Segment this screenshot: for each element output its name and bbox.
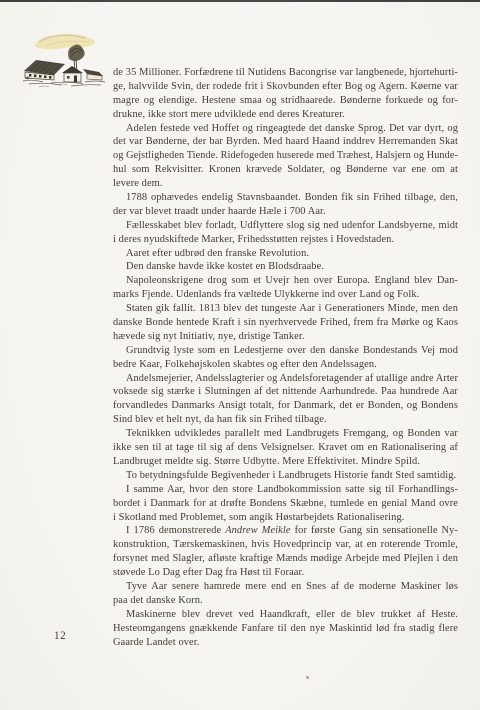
farm-sketch-drawing	[21, 29, 111, 91]
text-line: Aaret efter udbrød den franske Revolutio…	[113, 247, 458, 261]
text-line: Den danske havde ikke kostet en Blodsdra…	[113, 260, 458, 274]
text-line: levere dem.	[113, 177, 458, 191]
text-line: Teknikken udvikledes parallelt med Landb…	[113, 427, 458, 441]
text-line: Napoleonskrigene drog som et Uvejr hen o…	[113, 274, 458, 288]
book-page: de 35 Millioner. Forfædrene til Nutidens…	[0, 0, 480, 710]
text-line: Gaarde Landet over.	[113, 636, 458, 650]
text-line: voksede sig stærke i Slutningen af det n…	[113, 385, 458, 399]
text-line: Fællesskabet blev forladt, Udflyttere sl…	[113, 219, 458, 233]
text-line: bedre Kaar, Folkehøjskolen skabtes og ef…	[113, 358, 458, 372]
text-line: ikke sen til at tage til sig af dens Vel…	[113, 441, 458, 455]
text-line: danske Bonde hentede Kraft i sin nyerhve…	[113, 316, 458, 330]
text-line: forsynet med Slagler, afløste kraftige M…	[113, 552, 458, 566]
text-line: Tyve Aar senere hamrede mere end en Snes…	[113, 580, 458, 594]
body-text: de 35 Millioner. Forfædrene til Nutidens…	[113, 66, 458, 649]
text-line: Adelen festede ved Hoffet og ringeagtede…	[113, 122, 458, 136]
text-line: støvede Lo Dag efter Dag fra Høst til Fo…	[113, 566, 458, 580]
text-line: det var Bønderne, der bar Byrden. Med ha…	[113, 135, 458, 149]
text-line: marks Fjende. Udenlands fra væltede Ulyk…	[113, 288, 458, 302]
text-line: To betydningsfulde Begivenheder i Landbr…	[113, 469, 458, 483]
text-line: 1788 ophævedes endelig Stavnsbaandet. Bo…	[113, 191, 458, 205]
text-line: paa det danske Korn.	[113, 594, 458, 608]
text-line: I samme Aar, hvor den store Landbokommis…	[113, 483, 458, 497]
text-line: I 1786 demonstrerede Andrew Meikle for f…	[113, 524, 458, 538]
text-line: forvandledes Danmarks Ansigt totalt, for…	[113, 399, 458, 413]
text-line: i Skotland med Problemet, som angik Høst…	[113, 511, 458, 525]
farm-illustration	[21, 29, 111, 91]
text-line: og Gejstligheden Tiende. Ridefogeden hus…	[113, 149, 458, 163]
text-line: Sind blev et helt nyt, da han fik sin Fr…	[113, 413, 458, 427]
text-line: bordet i Danmark for at drøfte Bondens S…	[113, 497, 458, 511]
text-line: de 35 Millioner. Forfædrene til Nutidens…	[113, 66, 458, 80]
text-line: ge, halvvilde Svin, der rodede frit i Sk…	[113, 80, 458, 94]
scan-edge	[0, 0, 480, 2]
text-line: konstruktion, Tærskemaskinen, hvis Hoved…	[113, 538, 458, 552]
text-line: drukne, ikke stort mere udviklede end de…	[113, 108, 458, 122]
text-line: Staten gik fallit. 1813 blev det tungest…	[113, 302, 458, 316]
text-line: Maskinerne blev drevet ved Haandkraft, e…	[113, 608, 458, 622]
paper-speck	[306, 676, 309, 679]
text-line: Hesteomgangens gnækkende Fanfare til den…	[113, 622, 458, 636]
text-line: Landbruget meldte sig. Større Udbytte. M…	[113, 455, 458, 469]
text-line: i deres nyudskiftede Marker, Frihedsstøt…	[113, 233, 458, 247]
text-line: hævede sig nyt Initiativ, nye, dristige …	[113, 330, 458, 344]
text-line: Grundtvig lyste som en Ledestjerne over …	[113, 344, 458, 358]
text-line: hul som Rekvisitter. Kronen krævede Sold…	[113, 163, 458, 177]
page-number: 12	[54, 630, 66, 642]
text-line: der var blevet traadt under haarde Hæle …	[113, 205, 458, 219]
text-line: magre og elendige. Hestene smaa og strid…	[113, 94, 458, 108]
text-line: Andelsmejerier, Andelsslagterier og Ande…	[113, 372, 458, 386]
